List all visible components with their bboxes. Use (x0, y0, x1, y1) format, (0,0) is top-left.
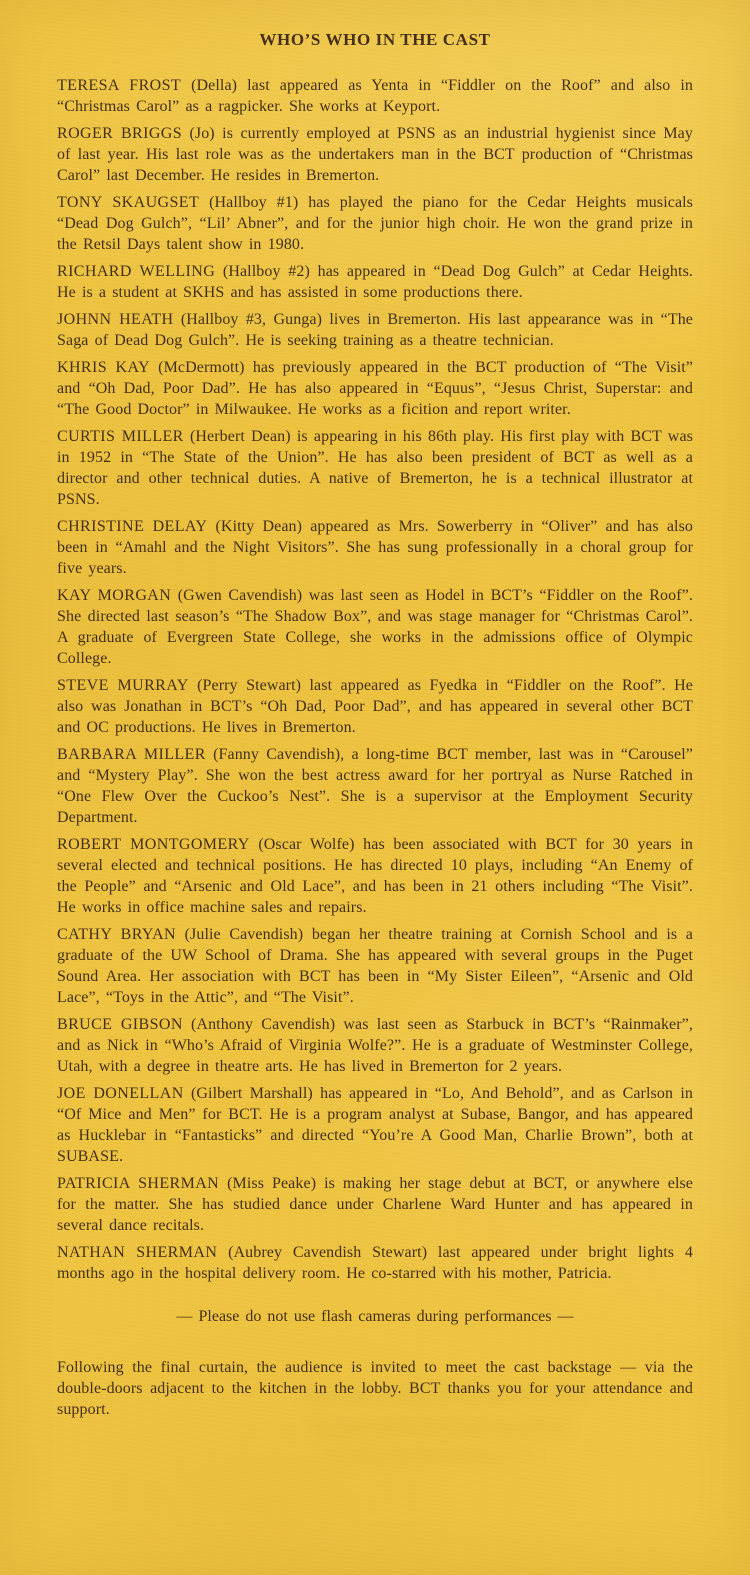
cast-name: JOE DONELLAN (57, 1085, 184, 1102)
cast-role: (Gilbert Marshall) (191, 1085, 313, 1102)
cast-role: (Miss Peake) (227, 1175, 316, 1192)
cast-name: BARBARA MILLER (57, 746, 206, 763)
cast-name: ROGER BRIGGS (57, 125, 182, 142)
cast-role: (Hallboy #1) (209, 194, 298, 211)
cast-role: (Aubrey Cavendish Stewart) (228, 1244, 427, 1261)
cast-entry: PATRICIA SHERMAN (Miss Peake) is making … (57, 1173, 693, 1236)
cast-role: (Perry Stewart) (197, 677, 301, 694)
cast-role: (Fanny Cavendish), (213, 746, 344, 763)
cast-entry: TERESA FROST (Della) last appeared as Ye… (57, 75, 693, 117)
cast-name: CURTIS MILLER (57, 428, 184, 445)
program-page: WHO’S WHO IN THE CAST TERESA FROST (Dell… (0, 0, 750, 1575)
flash-camera-notice: — Please do not use flash cameras during… (57, 1306, 693, 1327)
cast-role: (McDermott) (158, 359, 244, 376)
cast-entry: CATHY BRYAN (Julie Cavendish) began her … (57, 924, 693, 1008)
cast-role: (Della) (191, 77, 237, 94)
cast-name: TERESA FROST (57, 77, 181, 94)
cast-name: RICHARD WELLING (57, 263, 215, 280)
cast-name: ROBERT MONTGOMERY (57, 836, 250, 853)
cast-role: (Oscar Wolfe) (258, 836, 354, 853)
page-content: WHO’S WHO IN THE CAST TERESA FROST (Dell… (57, 30, 693, 1420)
cast-role: (Hallboy #2) (223, 263, 310, 280)
cast-entry: ROBERT MONTGOMERY (Oscar Wolfe) has been… (57, 834, 693, 918)
cast-name: CHRISTINE DELAY (57, 518, 207, 535)
cast-name: TONY SKAUGSET (57, 194, 199, 211)
cast-entry: TONY SKAUGSET (Hallboy #1) has played th… (57, 192, 693, 255)
cast-bio: has previously appeared in the BCT produ… (57, 359, 693, 418)
cast-name: STEVE MURRAY (57, 677, 189, 694)
cast-name: NATHAN SHERMAN (57, 1244, 217, 1261)
cast-entry: BRUCE GIBSON (Anthony Cavendish) was las… (57, 1014, 693, 1077)
page-title: WHO’S WHO IN THE CAST (57, 30, 693, 50)
cast-entry: RICHARD WELLING (Hallboy #2) has appeare… (57, 261, 693, 303)
cast-name: CATHY BRYAN (57, 926, 176, 943)
cast-entry: ROGER BRIGGS (Jo) is currently employed … (57, 123, 693, 186)
cast-name: KHRIS KAY (57, 359, 150, 376)
cast-entry: BARBARA MILLER (Fanny Cavendish), a long… (57, 744, 693, 828)
cast-entry: JOHNN HEATH (Hallboy #3, Gunga) lives in… (57, 309, 693, 351)
cast-entry: JOE DONELLAN (Gilbert Marshall) has appe… (57, 1083, 693, 1167)
closing-note: Following the final curtain, the audienc… (57, 1357, 693, 1420)
cast-role: (Julie Cavendish) (185, 926, 304, 943)
cast-entry: NATHAN SHERMAN (Aubrey Cavendish Stewart… (57, 1242, 693, 1284)
cast-name: JOHNN HEATH (57, 311, 174, 328)
cast-name: KAY MORGAN (57, 587, 171, 604)
cast-entry: KHRIS KAY (McDermott) has previously app… (57, 357, 693, 420)
cast-role: (Herbert Dean) (190, 428, 291, 445)
cast-role: (Anthony Cavendish) (191, 1016, 335, 1033)
cast-entry: KAY MORGAN (Gwen Cavendish) was last see… (57, 585, 693, 669)
cast-role: (Jo) (189, 125, 214, 142)
cast-entry: CURTIS MILLER (Herbert Dean) is appearin… (57, 426, 693, 510)
cast-entry: STEVE MURRAY (Perry Stewart) last appear… (57, 675, 693, 738)
cast-role: (Kitty Dean) (216, 518, 303, 535)
cast-entry: CHRISTINE DELAY (Kitty Dean) appeared as… (57, 516, 693, 579)
cast-name: BRUCE GIBSON (57, 1016, 183, 1033)
cast-role: (Gwen Cavendish) (178, 587, 302, 604)
cast-role: (Hallboy #3, Gunga) (181, 311, 322, 328)
cast-name: PATRICIA SHERMAN (57, 1175, 219, 1192)
